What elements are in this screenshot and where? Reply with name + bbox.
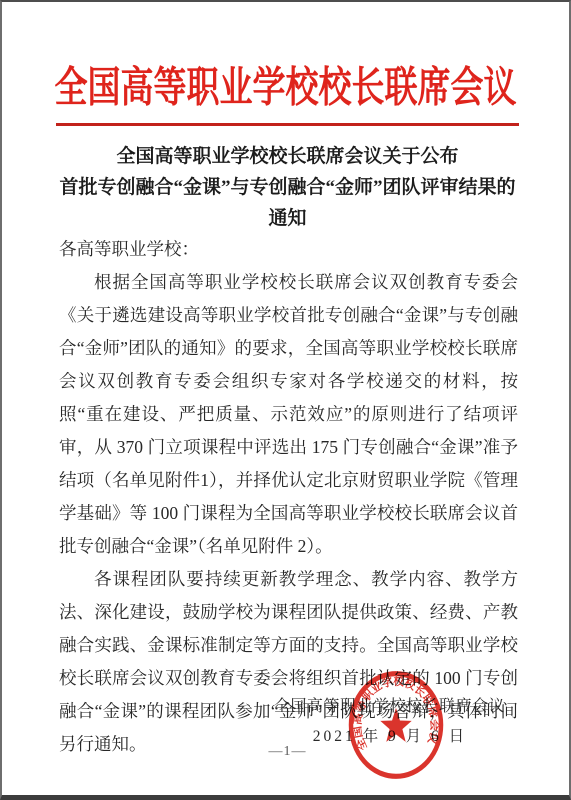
letterhead-divider <box>56 123 519 126</box>
document-date: 2021 年 9 月 6 日 <box>310 724 470 746</box>
document-body: 各高等职业学校： 根据全国高等职业学校校长联席会议双创教育专委会《关于遴选建设高… <box>59 233 518 761</box>
document-title-line2: 首批专创融合“金课”与专创融合“金师”团队评审结果的 <box>30 172 545 203</box>
body-paragraph-1: 根据全国高等职业学校校长联席会议双创教育专委会《关于遴选建设高等职业学校首批专创… <box>59 266 518 563</box>
document-title: 全国高等职业学校校长联席会议关于公布 首批专创融合“金课”与专创融合“金师”团队… <box>30 141 545 234</box>
document-title-line3: 通知 <box>30 203 545 234</box>
scanned-document-page: 全国高等职业学校校长联席会议 全国高等职业学校校长联席会议关于公布 首批专创融合… <box>0 0 571 800</box>
signature-organization: 全国高等职业学校校长联席会议 <box>274 693 494 716</box>
letterhead-title: 全国高等职业学校校长联席会议 <box>2 54 569 114</box>
page-number: —1— <box>2 744 571 760</box>
document-title-line1: 全国高等职业学校校长联席会议关于公布 <box>30 141 545 172</box>
salutation: 各高等职业学校： <box>59 233 518 266</box>
